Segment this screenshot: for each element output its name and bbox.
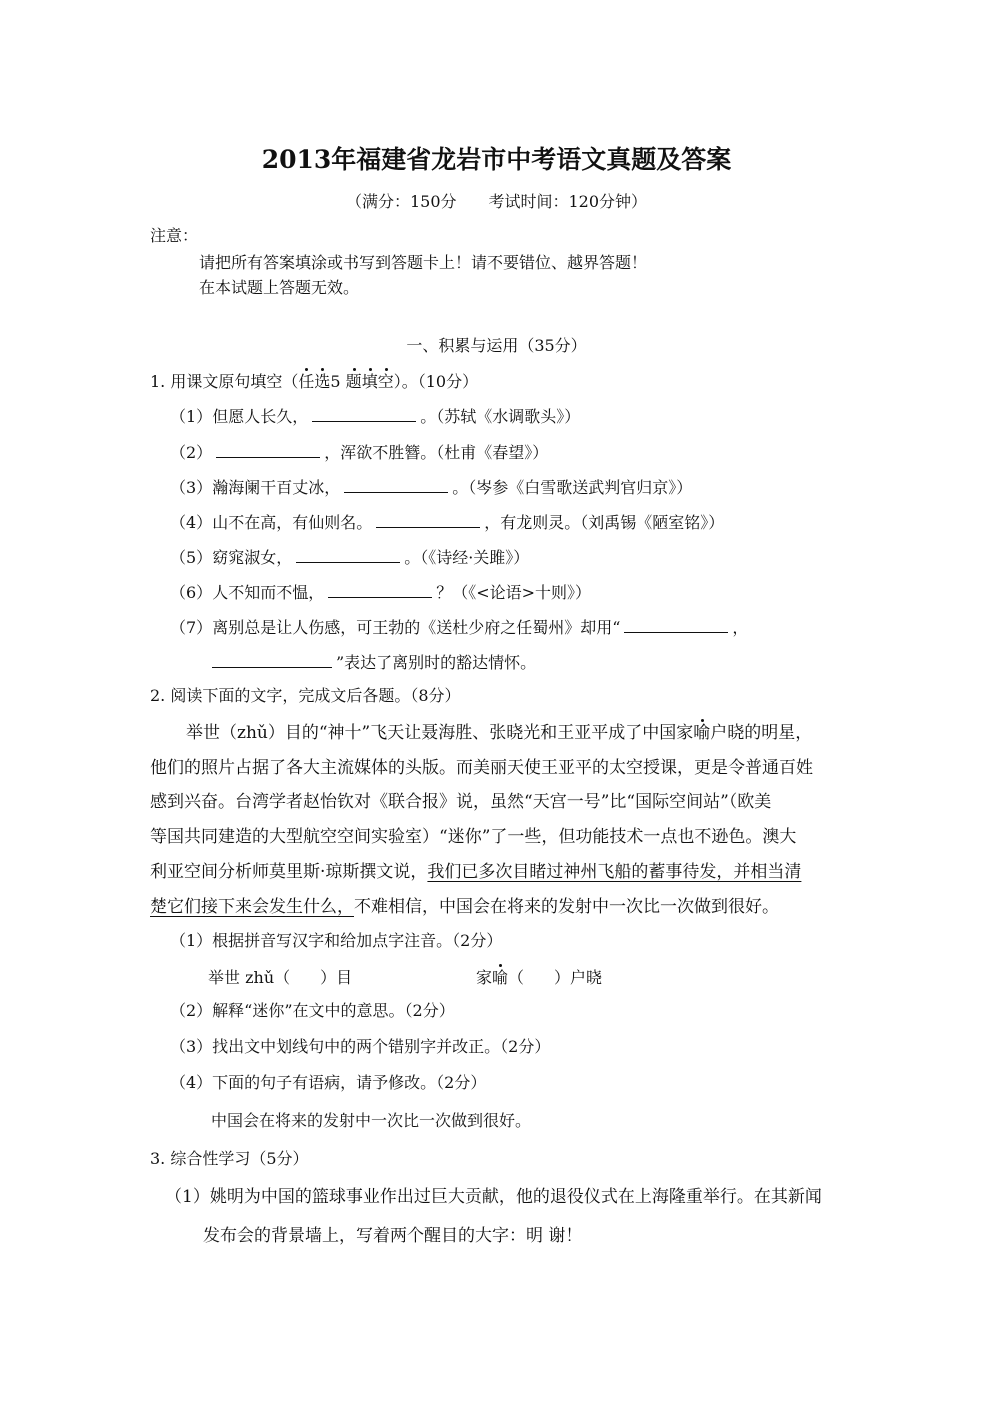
item-number: （7） <box>170 618 212 637</box>
passage-line-5: 利亚空间分析师莫里斯·琼斯撰文说，我们已多次目睹过神州飞船的蓄事待发，并相当清 <box>150 862 801 882</box>
passage-text: 举世（zhǔ）目的“神十”飞天让聂海胜、张晓光和王亚平成了中国家 <box>186 723 693 743</box>
emphasis-char: 喻 <box>492 968 508 988</box>
emphasis-char: 填 <box>362 372 378 392</box>
q1-item-1: （1）但愿人长久，。（苏轼《水调歌头》） <box>170 405 580 427</box>
answer-blank[interactable] <box>376 511 480 528</box>
item-number: （5） <box>170 548 212 567</box>
underlined-sentence: 我们已多次目睹过神州飞船的蓄事待发，并相当清 <box>427 862 801 882</box>
item-text: 。（《诗经·关雎》） <box>404 548 529 567</box>
question-2-stem: 2. 阅读下面的文字，完成文后各题。（8分） <box>150 686 461 706</box>
section-heading: 一、积累与运用（35分） <box>0 336 993 356</box>
item-text: 瀚海阑干百丈冰， <box>212 478 340 497</box>
item-text: ”表达了离别时的豁达情怀。 <box>336 653 536 672</box>
answer-blank[interactable] <box>344 476 448 493</box>
stem-number: 5 <box>330 372 340 391</box>
notice-line-1: 请把所有答案填涂或书写到答题卡上！请不要错位、越界答题！ <box>199 253 647 273</box>
sick-sentence: 中国会在将来的发射中一次比一次做到很好。 <box>211 1111 531 1131</box>
q2-sub-3: （3）找出文中划线句中的两个错别字并改正。（2分） <box>170 1037 550 1057</box>
q3-sub-1-line-1: （1）姚明为中国的篮球事业作出过巨大贡献，他的退役仪式在上海隆重举行。在其新闻 <box>165 1187 822 1207</box>
item-text: 山不在高，有仙则名。 <box>212 513 372 532</box>
passage-line-1: 举世（zhǔ）目的“神十”飞天让聂海胜、张晓光和王亚平成了中国家喻户晓的明星， <box>186 723 812 743</box>
question-1-stem: 1. 用课文原句填空（任选5 题填空）。（10分） <box>150 372 478 392</box>
emphasis-char: 喻 <box>693 723 710 743</box>
q2-sub-1: （1）根据拼音写汉字和给加点字注音。（2分） <box>170 931 502 951</box>
item-text: 。（苏轼《水调歌头》） <box>420 407 580 426</box>
pinyin-prompt: 举世 zhǔ（ <box>208 968 290 987</box>
pinyin-prompt: ）目 <box>320 968 352 987</box>
item-text: 人不知而不愠， <box>212 583 324 602</box>
q1-item-6: （6）人不知而不愠，？（《<论语>十则》） <box>170 581 591 603</box>
item-text: 离别总是让人伤感，可王勃的《送杜少府之任蜀州》却用“ <box>212 618 620 637</box>
item-text: 但愿人长久， <box>212 407 308 426</box>
q1-item-5: （5）窈窕淑女，。（《诗经·关雎》） <box>170 546 529 568</box>
item-text: ， <box>732 618 748 637</box>
passage-text: 不难相信，中国会在将来的发射中一次比一次做到很好。 <box>354 897 779 917</box>
item-number: （2） <box>170 443 212 462</box>
item-number: （4） <box>170 513 212 532</box>
emphasis-char: 题 <box>346 372 362 392</box>
underlined-sentence: 楚它们接下来会发生什么， <box>150 897 354 917</box>
pinyin-right: 家喻（）户晓 <box>476 968 602 988</box>
pinyin-left: 举世 zhǔ（）目 <box>208 968 352 988</box>
item-text: 。（岑参《白雪歌送武判官归京》） <box>452 478 692 497</box>
q1-item-7-cont: ”表达了离别时的豁达情怀。 <box>208 651 536 673</box>
q1-item-2: （2），浑欲不胜簪。（杜甫《春望》） <box>170 441 548 463</box>
emphasis-char: 空 <box>378 372 394 392</box>
answer-blank[interactable] <box>312 405 416 422</box>
item-text: ，浑欲不胜簪。（杜甫《春望》） <box>324 443 548 462</box>
passage-line-4: 等国共同建造的大型航空空间实验室）“迷你”了一些，但功能技术一点也不逊色。澳大 <box>150 827 796 847</box>
q1-item-7: （7）离别总是让人伤感，可王勃的《送杜少府之任蜀州》却用“， <box>170 616 748 638</box>
passage-text: 户晓的明星， <box>710 723 812 743</box>
pinyin-prompt: （ <box>508 968 524 987</box>
answer-blank[interactable] <box>212 651 332 668</box>
item-text: 窈窕淑女， <box>212 548 292 567</box>
q2-sub-4: （4）下面的句子有语病，请予修改。（2分） <box>170 1073 486 1093</box>
passage-text: 利亚空间分析师莫里斯·琼斯撰文说， <box>150 862 427 882</box>
emphasis-char: 任 <box>298 372 314 392</box>
notice-line-2: 在本试题上答题无效。 <box>199 278 359 298</box>
answer-blank[interactable] <box>216 441 320 458</box>
exam-info: （满分：150分 考试时间：120分钟） <box>0 189 993 212</box>
item-number: （6） <box>170 583 212 602</box>
emphasis-char: 选 <box>314 372 330 392</box>
pinyin-prompt: 家 <box>476 968 492 987</box>
answer-blank[interactable] <box>296 546 400 563</box>
pinyin-prompt: ）户晓 <box>554 968 602 987</box>
item-text: ？（《<论语>十则》） <box>436 583 591 602</box>
q3-sub-1-line-2: 发布会的背景墙上，写着两个醒目的大字：明 谢！ <box>203 1226 582 1246</box>
item-number: （1） <box>170 407 212 426</box>
passage-line-6: 楚它们接下来会发生什么，不难相信，中国会在将来的发射中一次比一次做到很好。 <box>150 897 779 917</box>
stem-text: 1. 用课文原句填空（ <box>150 372 298 391</box>
item-text: ，有龙则灵。（刘禹锡《陋室铭》） <box>484 513 724 532</box>
question-3-stem: 3. 综合性学习（5分） <box>150 1149 309 1169</box>
document-title: 2013年福建省龙岩市中考语文真题及答案 <box>0 140 993 176</box>
passage-line-2: 他们的照片占据了各大主流媒体的头版。而美丽天使王亚平的太空授课，更是令普通百姓 <box>150 758 813 778</box>
notice-label: 注意： <box>150 226 198 246</box>
q1-item-4: （4）山不在高，有仙则名。，有龙则灵。（刘禹锡《陋室铭》） <box>170 511 724 533</box>
answer-blank[interactable] <box>624 616 728 633</box>
passage-line-3: 感到兴奋。台湾学者赵怡钦对《联合报》说，虽然“天宫一号”比“国际空间站”（欧美 <box>150 792 771 812</box>
q1-item-3: （3）瀚海阑干百丈冰，。（岑参《白雪歌送武判官归京》） <box>170 476 692 498</box>
stem-text: ）。（10分） <box>394 372 478 391</box>
item-number: （3） <box>170 478 212 497</box>
answer-blank[interactable] <box>328 581 432 598</box>
q2-sub-2: （2）解释“迷你”在文中的意思。（2分） <box>170 1001 455 1021</box>
